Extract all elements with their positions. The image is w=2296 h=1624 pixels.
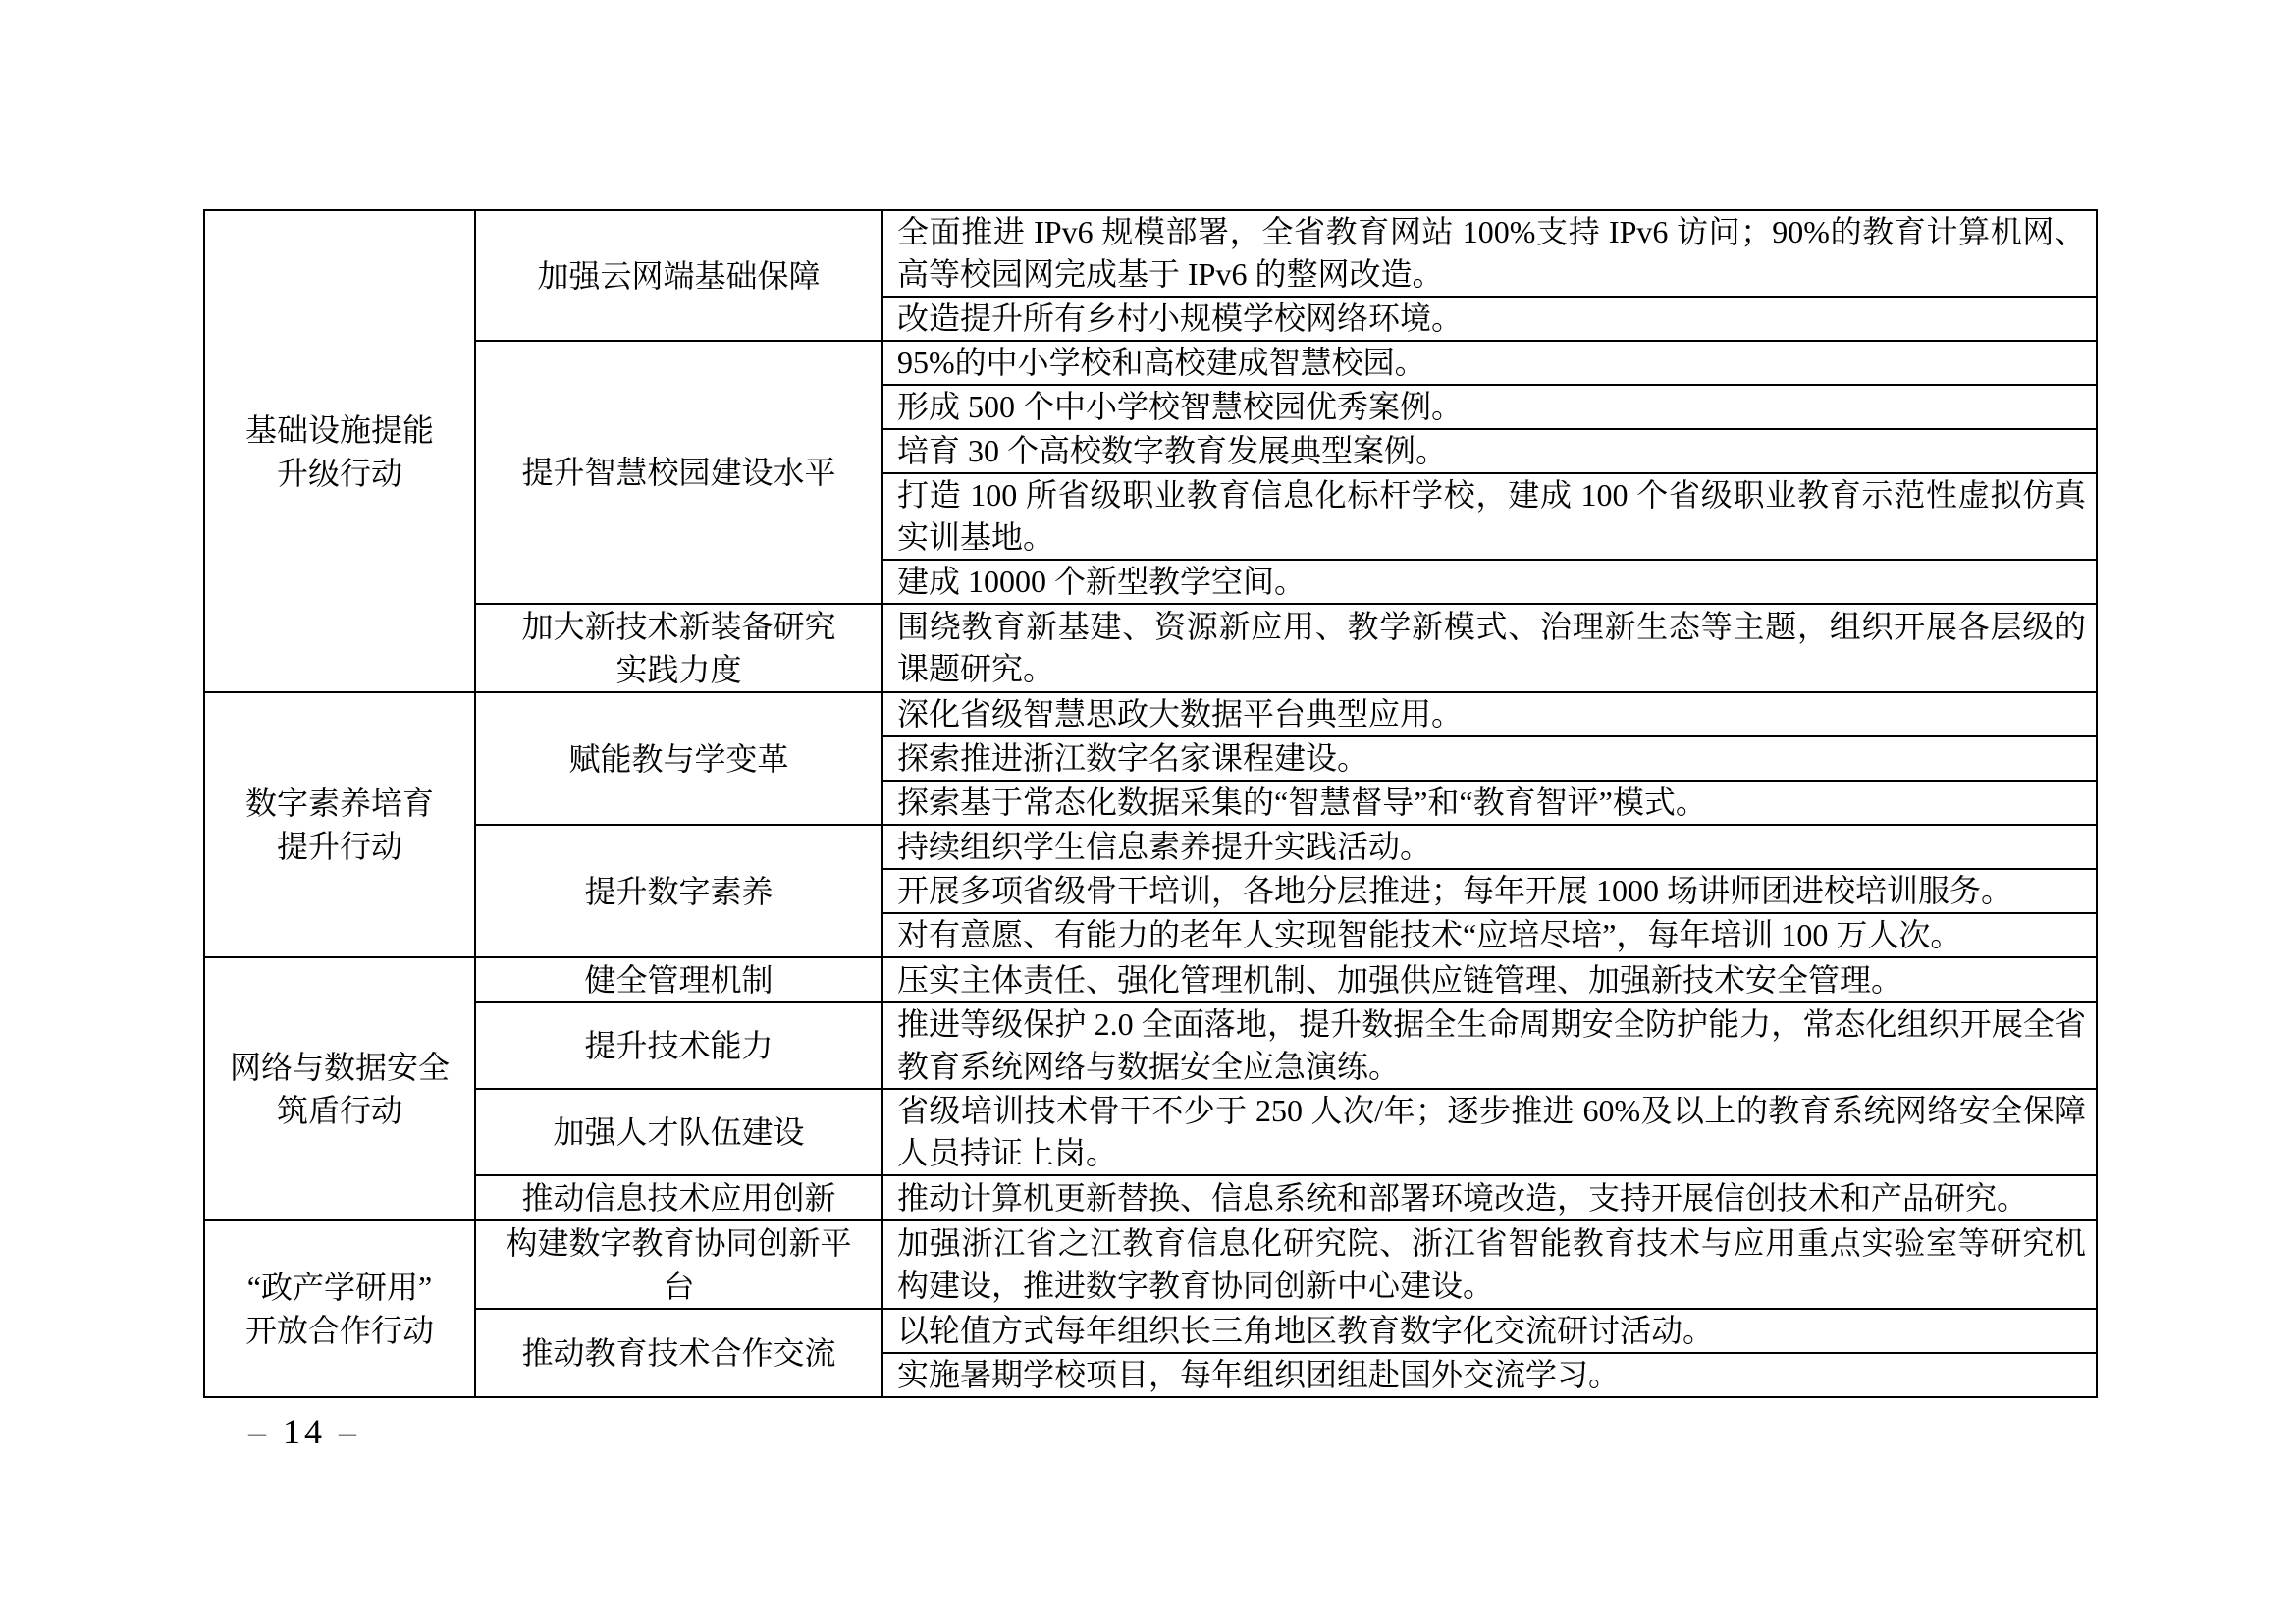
measure-cell: 实施暑期学校项目，每年组织团组赴国外交流学习。: [882, 1353, 2097, 1397]
table-row: 提升数字素养 持续组织学生信息素养提升实践活动。: [204, 825, 2097, 869]
measure-cell: 推进等级保护 2.0 全面落地，提升数据全生命周期安全防护能力，常态化组织开展全…: [882, 1002, 2097, 1089]
category-cell: 数字素养培育 提升行动: [204, 692, 475, 957]
measure-cell: 持续组织学生信息素养提升实践活动。: [882, 825, 2097, 869]
measure-cell: 培育 30 个高校数字教育发展典型案例。: [882, 429, 2097, 473]
table-row: 加大新技术新装备研究 实践力度 围绕教育新基建、资源新应用、教学新模式、治理新生…: [204, 604, 2097, 692]
measure-cell: 打造 100 所省级职业教育信息化标杆学校，建成 100 个省级职业教育示范性虚…: [882, 473, 2097, 560]
subaction-cell: 加强人才队伍建设: [475, 1089, 882, 1175]
measure-cell: 探索基于常态化数据采集的“智慧督导”和“教育智评”模式。: [882, 781, 2097, 825]
table-row: 推动教育技术合作交流 以轮值方式每年组织长三角地区教育数字化交流研讨活动。: [204, 1309, 2097, 1353]
measure-cell: 形成 500 个中小学校智慧校园优秀案例。: [882, 385, 2097, 429]
subaction-cell: 提升智慧校园建设水平: [475, 341, 882, 604]
category-cell: 网络与数据安全 筑盾行动: [204, 957, 475, 1220]
table-row: 网络与数据安全 筑盾行动 健全管理机制 压实主体责任、强化管理机制、加强供应链管…: [204, 957, 2097, 1002]
measure-cell: 对有意愿、有能力的老年人实现智能技术“应培尽培”，每年培训 100 万人次。: [882, 913, 2097, 957]
table-row: “政产学研用” 开放合作行动 构建数字教育协同创新平 台 加强浙江省之江教育信息…: [204, 1220, 2097, 1309]
measure-cell: 改造提升所有乡村小规模学校网络环境。: [882, 297, 2097, 341]
table-row: 基础设施提能 升级行动 加强云网端基础保障 全面推进 IPv6 规模部署，全省教…: [204, 210, 2097, 297]
actions-table: 基础设施提能 升级行动 加强云网端基础保障 全面推进 IPv6 规模部署，全省教…: [203, 209, 2098, 1398]
measure-cell: 全面推进 IPv6 规模部署，全省教育网站 100%支持 IPv6 访问；90%…: [882, 210, 2097, 297]
table-row: 提升技术能力 推进等级保护 2.0 全面落地，提升数据全生命周期安全防护能力，常…: [204, 1002, 2097, 1089]
page-number: – 14 –: [248, 1411, 360, 1452]
measure-cell: 加强浙江省之江教育信息化研究院、浙江省智能教育技术与应用重点实验室等研究机构建设…: [882, 1220, 2097, 1309]
subaction-cell: 加大新技术新装备研究 实践力度: [475, 604, 882, 692]
measure-cell: 压实主体责任、强化管理机制、加强供应链管理、加强新技术安全管理。: [882, 957, 2097, 1002]
measure-cell: 深化省级智慧思政大数据平台典型应用。: [882, 692, 2097, 736]
subaction-cell: 加强云网端基础保障: [475, 210, 882, 341]
document-page: 基础设施提能 升级行动 加强云网端基础保障 全面推进 IPv6 规模部署，全省教…: [0, 0, 2296, 1624]
subaction-cell: 构建数字教育协同创新平 台: [475, 1220, 882, 1309]
measure-cell: 开展多项省级骨干培训，各地分层推进；每年开展 1000 场讲师团进校培训服务。: [882, 869, 2097, 913]
table-row: 加强人才队伍建设 省级培训技术骨干不少于 250 人次/年；逐步推进 60%及以…: [204, 1089, 2097, 1175]
measure-cell: 省级培训技术骨干不少于 250 人次/年；逐步推进 60%及以上的教育系统网络安…: [882, 1089, 2097, 1175]
measure-cell: 推动计算机更新替换、信息系统和部署环境改造，支持开展信创技术和产品研究。: [882, 1175, 2097, 1220]
category-cell: “政产学研用” 开放合作行动: [204, 1220, 475, 1397]
subaction-cell: 提升数字素养: [475, 825, 882, 957]
measure-cell: 建成 10000 个新型教学空间。: [882, 560, 2097, 604]
subaction-cell: 提升技术能力: [475, 1002, 882, 1089]
table-row: 推动信息技术应用创新 推动计算机更新替换、信息系统和部署环境改造，支持开展信创技…: [204, 1175, 2097, 1220]
measure-cell: 95%的中小学校和高校建成智慧校园。: [882, 341, 2097, 385]
table-row: 数字素养培育 提升行动 赋能教与学变革 深化省级智慧思政大数据平台典型应用。: [204, 692, 2097, 736]
subaction-cell: 健全管理机制: [475, 957, 882, 1002]
measure-cell: 以轮值方式每年组织长三角地区教育数字化交流研讨活动。: [882, 1309, 2097, 1353]
subaction-cell: 推动信息技术应用创新: [475, 1175, 882, 1220]
subaction-cell: 推动教育技术合作交流: [475, 1309, 882, 1397]
category-cell: 基础设施提能 升级行动: [204, 210, 475, 692]
subaction-cell: 赋能教与学变革: [475, 692, 882, 825]
measure-cell: 探索推进浙江数字名家课程建设。: [882, 736, 2097, 781]
measure-cell: 围绕教育新基建、资源新应用、教学新模式、治理新生态等主题，组织开展各层级的课题研…: [882, 604, 2097, 692]
table-row: 提升智慧校园建设水平 95%的中小学校和高校建成智慧校园。: [204, 341, 2097, 385]
